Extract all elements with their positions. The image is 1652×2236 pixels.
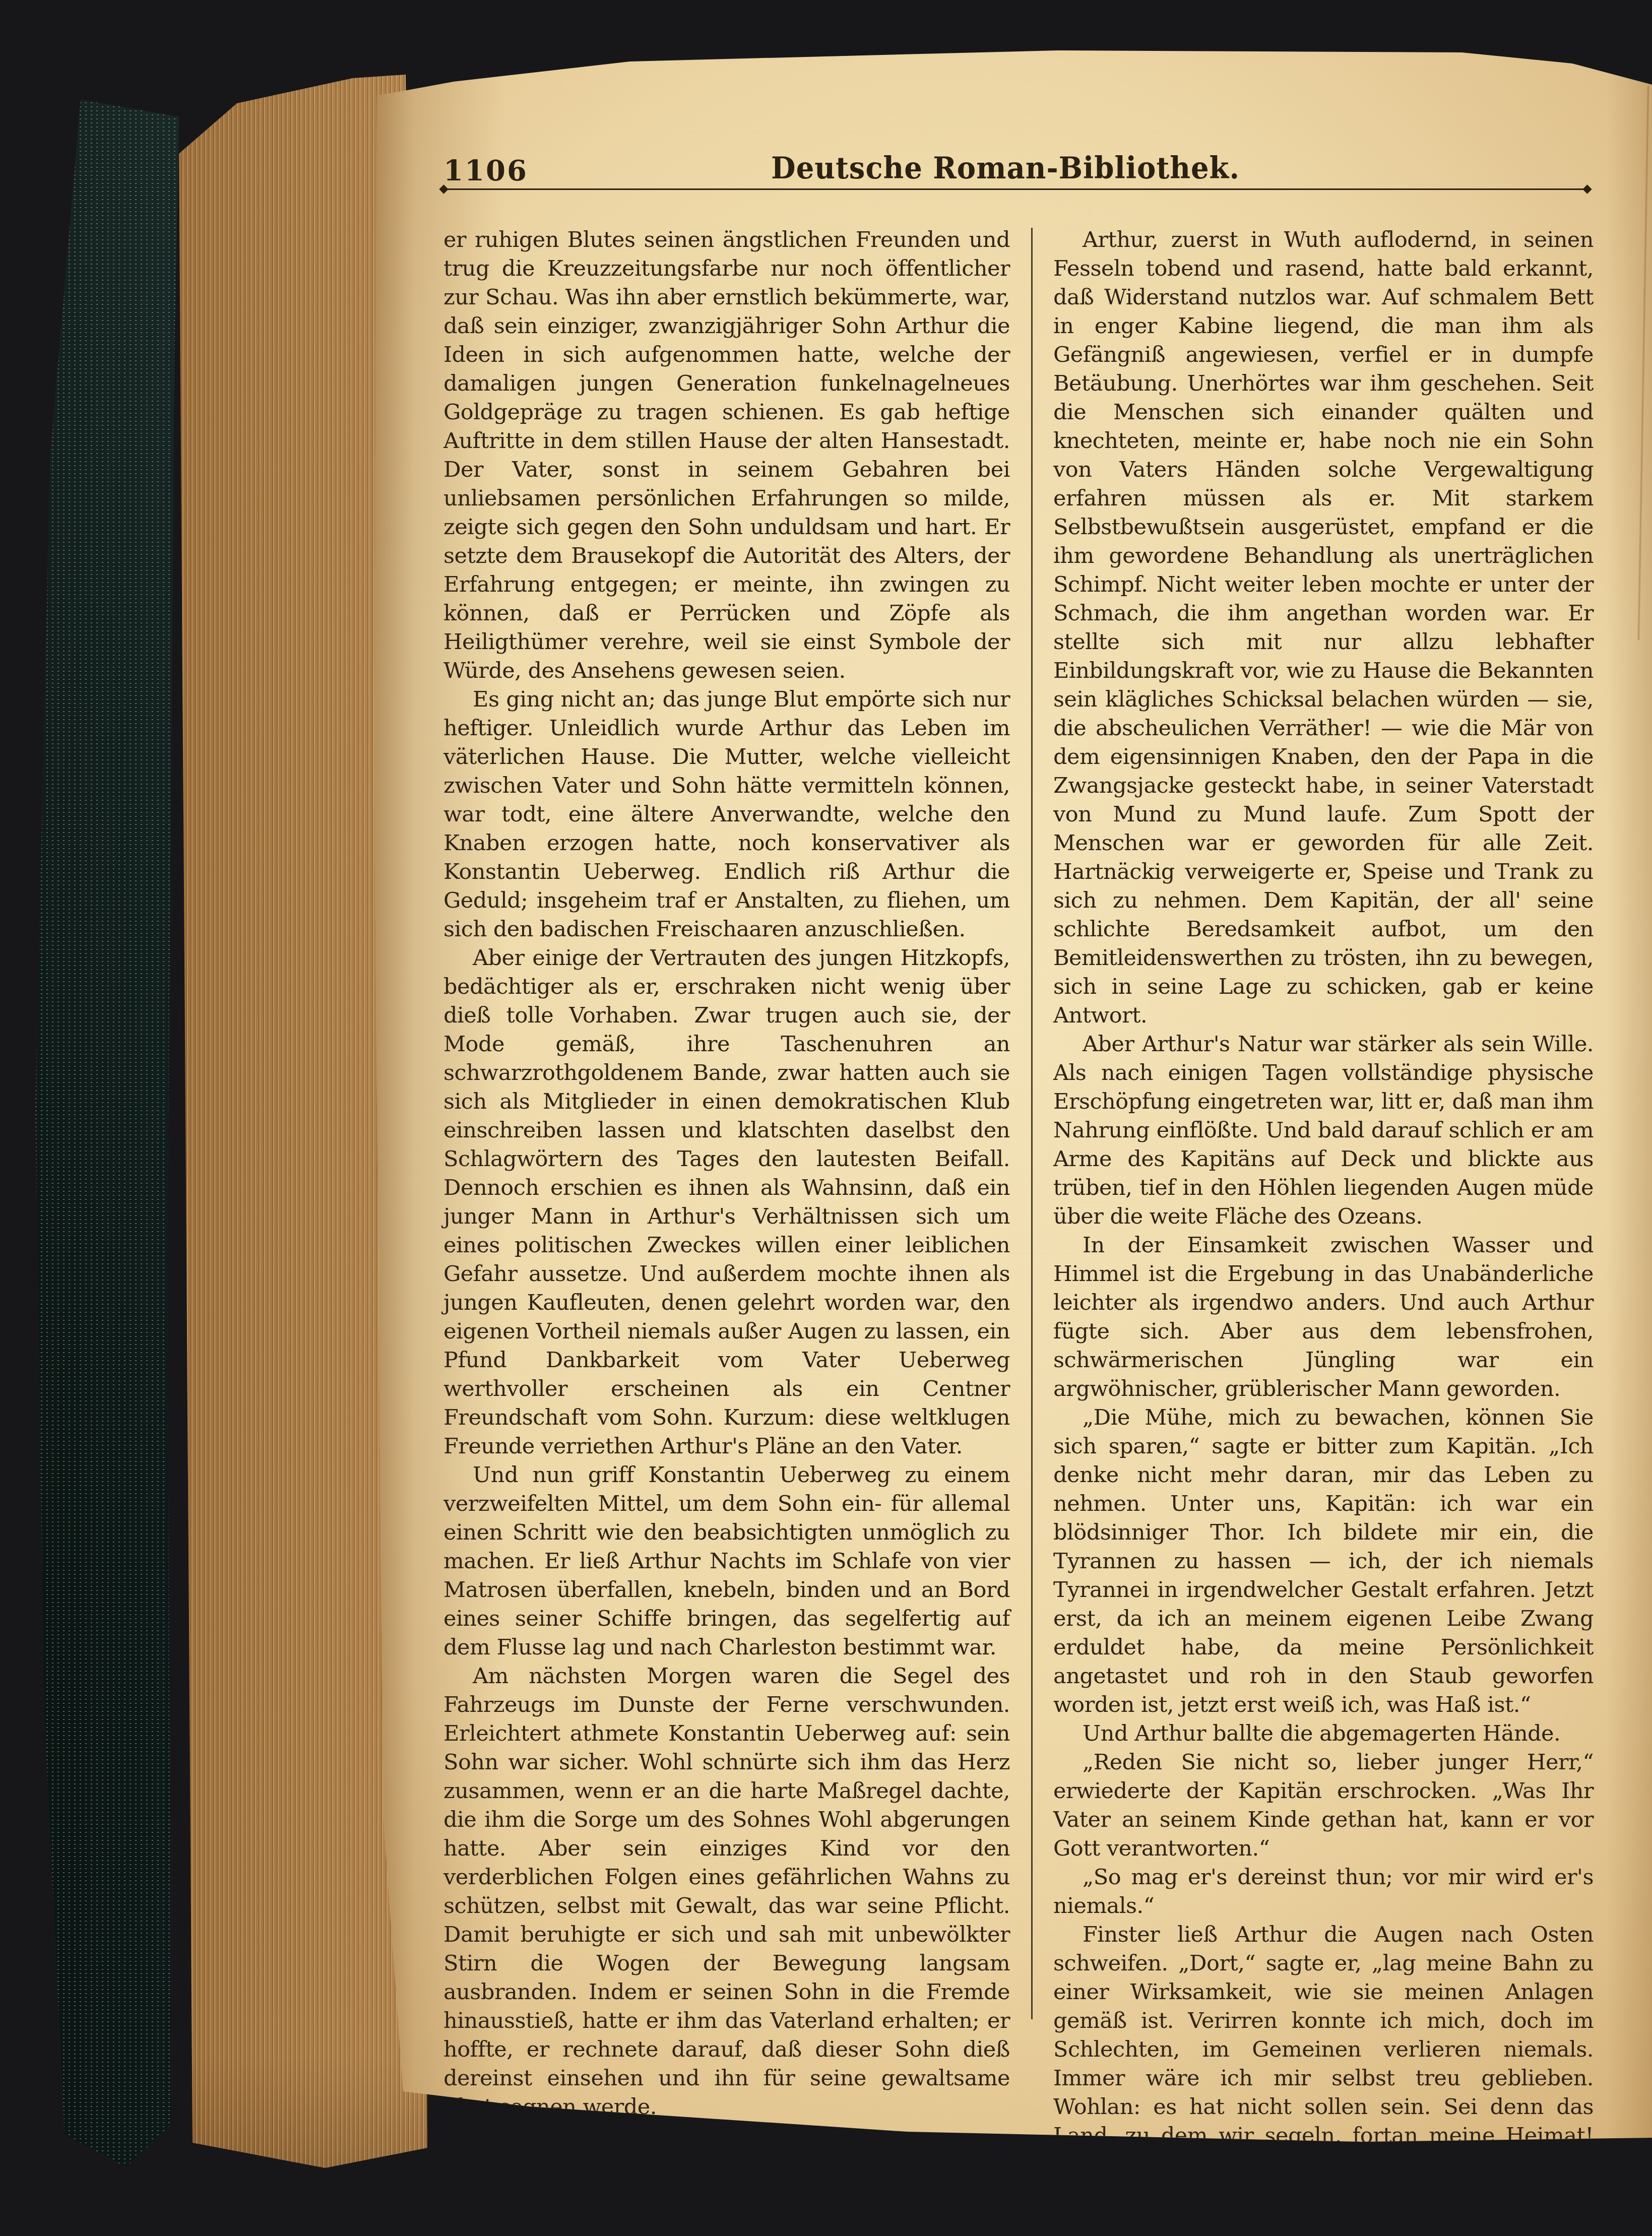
paragraph: Und nun griff Konstantin Ueberweg zu ein… [443,1461,1010,1662]
paragraph: „Reden Sie nicht so, lieber junger Herr,… [1053,1748,1594,1863]
page-header: 1106 Deutsche Roman-Bibliothek. [418,151,1593,191]
paragraph: In der Einsamkeit zwischen Wasser und Hi… [1053,1231,1594,1403]
paragraph: Aber einige der Vertrauten des jungen Hi… [443,944,1010,1461]
header-rule [442,188,1589,190]
paragraph: „Die Mühe, mich zu bewachen, können Sie … [1053,1403,1594,1719]
paragraph: Es ging nicht an; das junge Blut empörte… [443,685,1010,944]
paragraph: Aber Arthur's Natur war stärker als sein… [1053,1030,1594,1231]
paragraph: „So mag er's dereinst thun; vor mir wird… [1053,1863,1594,1921]
paragraph: Finster ließ Arthur die Augen nach Osten… [1053,1921,1594,2208]
paragraph: er ruhigen Blutes seinen ängstlichen Fre… [443,226,1010,685]
paragraph: Am nächsten Morgen waren die Segel des F… [443,1662,1010,2122]
text-column-left: er ruhigen Blutes seinen ängstlichen Fre… [443,226,1010,2122]
journal-title: Deutsche Roman-Bibliothek. [418,150,1593,185]
paragraph: Arthur, zuerst in Wuth auflodernd, in se… [1053,226,1594,1030]
text-column-right: Arthur, zuerst in Wuth auflodernd, in se… [1053,226,1594,2208]
book-photo: 1106 Deutsche Roman-Bibliothek. er ruhig… [0,0,1652,2236]
column-divider [1031,228,1033,2019]
paragraph: Und Arthur ballte die abgemagerten Hände… [1053,1719,1594,1748]
